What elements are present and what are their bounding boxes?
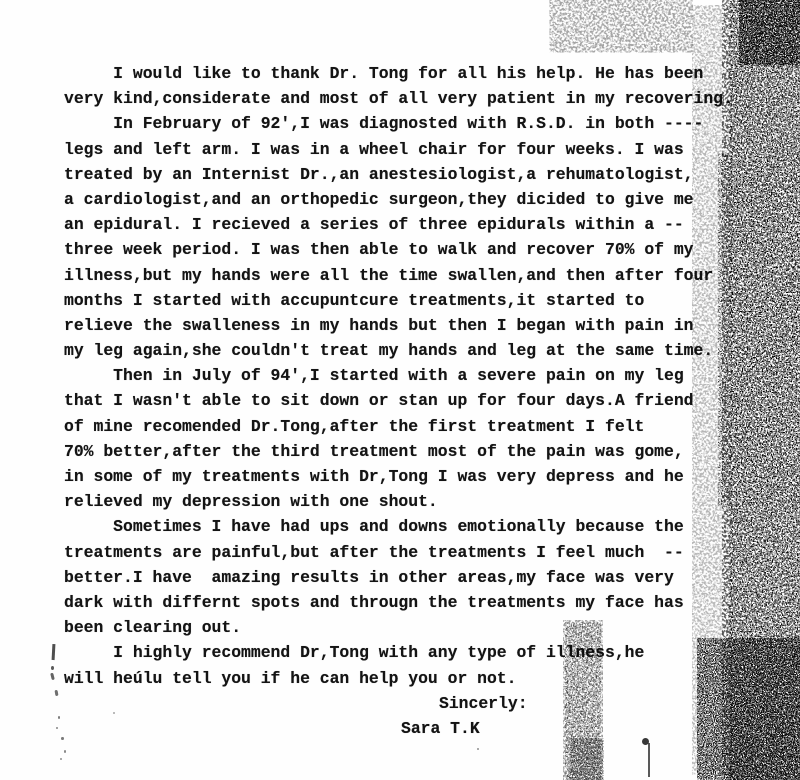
letter-line: better.I have amazing results in other a… [64, 565, 733, 590]
scan-artifact [52, 644, 55, 660]
scan-artifact [113, 712, 115, 714]
scan-artifact [54, 690, 58, 696]
letter-line: relieve the swalleness in my hands but t… [64, 313, 733, 338]
letter-line: illness,but my hands were all the time s… [64, 263, 733, 288]
letter-line: been clearing out. [64, 615, 733, 640]
letter-line: legs and left arm. I was in a wheel chai… [64, 137, 733, 162]
letter-line: I would like to thank Dr. Tong for all h… [64, 61, 733, 86]
letter-line: Sometimes I have had ups and downs emoti… [64, 514, 733, 539]
scanned-letter-page: I would like to thank Dr. Tong for all h… [0, 0, 800, 780]
scan-artifact [61, 737, 64, 740]
letter-line: Then in July of 94',I started with a sev… [64, 363, 733, 388]
letter-line: in some of my treatments with Dr,Tong I … [64, 464, 733, 489]
letter-line: a cardiologist,and an orthopedic surgeon… [64, 187, 733, 212]
letter-line: treated by an Internist Dr.,an anestesio… [64, 162, 733, 187]
letter-line: of mine recomended Dr.Tong,after the fir… [64, 414, 733, 439]
letter-line: In February of 92',I was diagnosted with… [64, 111, 733, 136]
scan-artifact [60, 758, 62, 760]
letter-line: three week period. I was then able to wa… [64, 237, 733, 262]
signoff-text: Sincerly: [439, 691, 528, 716]
scan-artifact [50, 673, 54, 680]
letter-line: 70% better,after the third treatment mos… [64, 439, 733, 464]
scan-artifact [56, 727, 58, 729]
scan-artifact [648, 743, 650, 777]
letter-line: I highly recommend Dr,Tong with any type… [64, 640, 733, 665]
scan-artifact [642, 738, 649, 745]
scan-artifact [58, 716, 60, 719]
letter-line: my leg again,she couldn't treat my hands… [64, 338, 733, 363]
scan-artifact [51, 666, 54, 670]
scan-artifact [477, 748, 479, 750]
letter-line: very kind,considerate and most of all ve… [64, 86, 733, 111]
letter-line: an epidural. I recieved a series of thre… [64, 212, 733, 237]
letter-line: will heúlu tell you if he can help you o… [64, 666, 733, 691]
letter-line: dark with differnt spots and througn the… [64, 590, 733, 615]
letter-line: relieved my depression with one shout. [64, 489, 733, 514]
signature-name: Sara T.K [401, 716, 480, 741]
scan-artifact [64, 750, 66, 753]
letter-body: I would like to thank Dr. Tong for all h… [64, 61, 733, 691]
letter-line: that I wasn't able to sit down or stan u… [64, 388, 733, 413]
letter-line: treatments are painful,but after the tre… [64, 540, 733, 565]
letter-line: months I started with accupuntcure treat… [64, 288, 733, 313]
